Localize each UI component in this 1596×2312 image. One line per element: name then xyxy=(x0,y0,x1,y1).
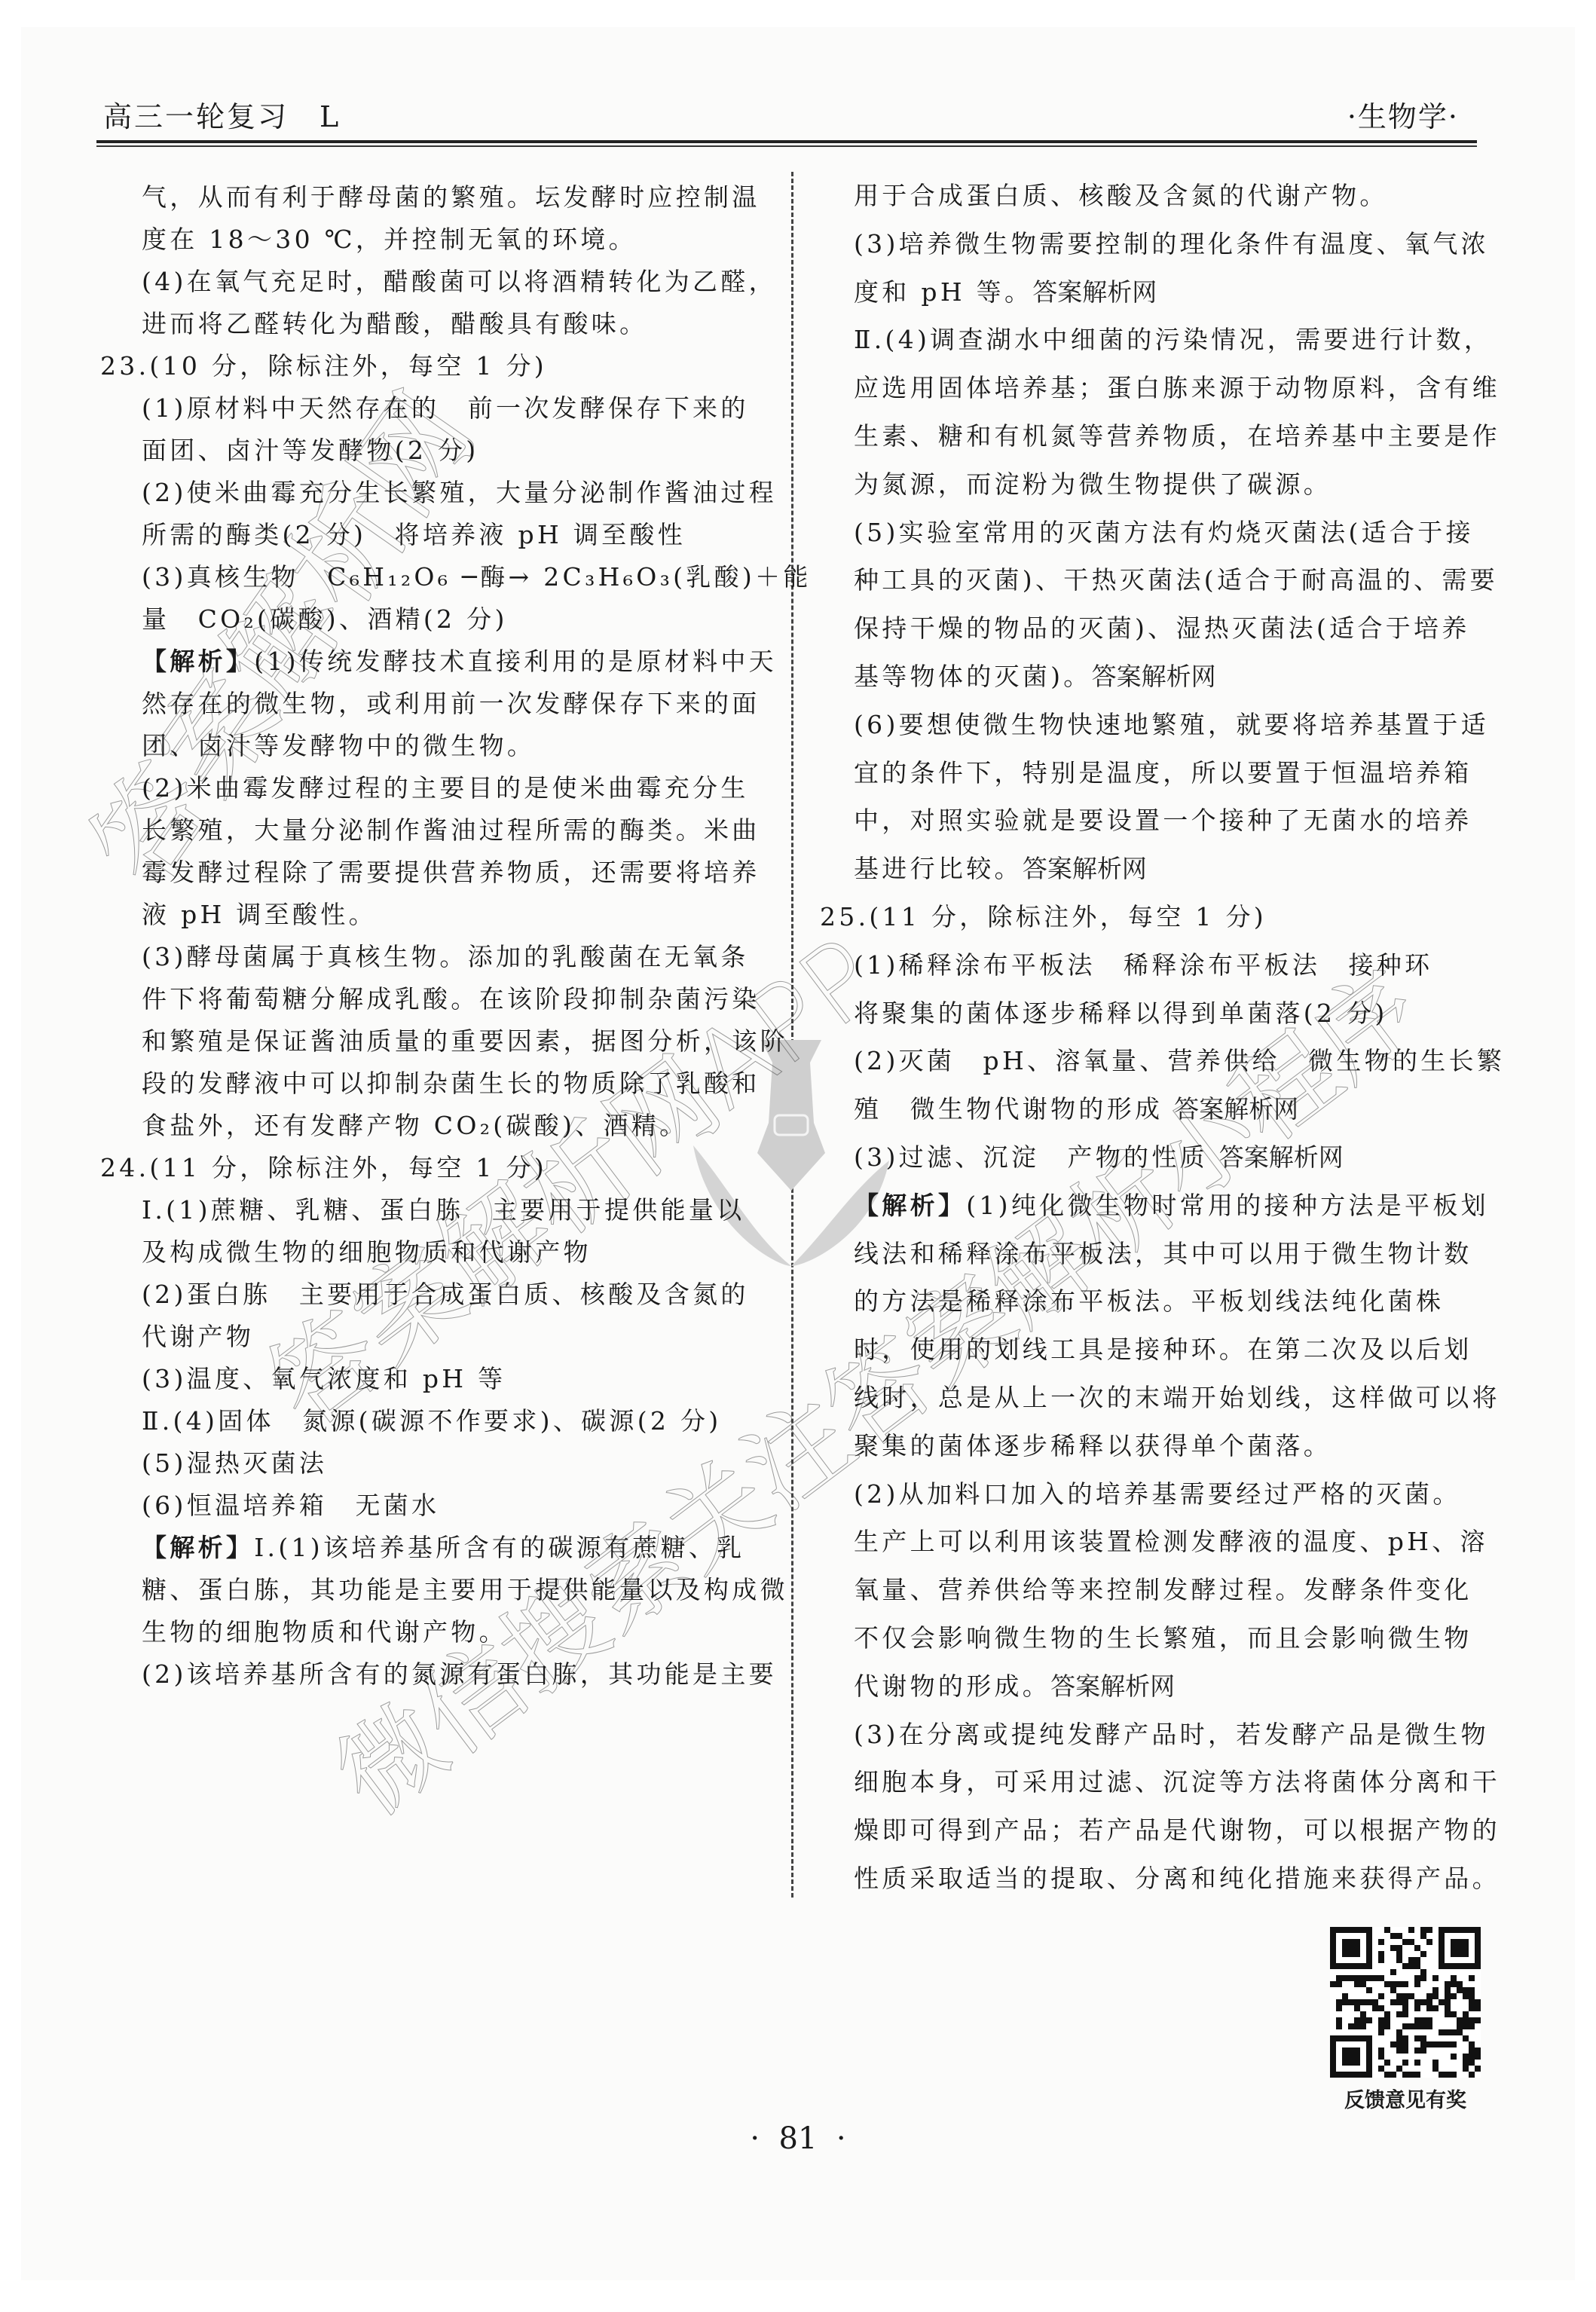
text-line: 气，从而有利于酵母菌的繁殖。坛发酵时应控制温 xyxy=(100,176,812,219)
text-line: (2)米曲霉发酵过程的主要目的是使米曲霉充分生 xyxy=(100,767,812,809)
text-line: 线法和稀释涂布平板法，其中可以用于微生物计数 xyxy=(820,1230,1505,1278)
text-line: 度在 18～30 ℃，并控制无氧的环境。 xyxy=(100,219,812,261)
text-line: 量 CO₂(碳酸)、酒精(2 分) xyxy=(100,598,812,641)
text-line: 中，对照实验就是要设置一个接种了无菌水的培养 xyxy=(820,797,1505,845)
text-line: 保持干燥的物品的灭菌)、湿热灭菌法(适合于培养 xyxy=(820,604,1505,653)
text-line: 及构成微生物的细胞物质和代谢产物 xyxy=(100,1231,812,1274)
text-line: (3)在分离或提纯发酵产品时，若发酵产品是微生物 xyxy=(820,1711,1505,1759)
header-rule-thick xyxy=(96,140,1477,143)
text-line: (6)恒温培养箱 无菌水 xyxy=(100,1485,812,1527)
text-line: (6)要想使微生物快速地繁殖，就要将培养基置于适 xyxy=(820,701,1505,749)
text-line: 食盐外，还有发酵产物 CO₂(碳酸)、酒精。 xyxy=(100,1105,812,1147)
text-line: 度和 pH 等。答案解析网 xyxy=(820,268,1505,317)
question-heading: 24.(11 分，除标注外，每空 1 分) xyxy=(100,1147,812,1189)
text-line: (1)原材料中天然存在的 前一次发酵保存下来的 xyxy=(100,387,812,430)
inline-watermark: 答案解析网 xyxy=(1174,1094,1298,1124)
text-line: 长繁殖，大量分泌制作酱油过程所需的酶类。米曲 xyxy=(100,809,812,852)
text-line: 不仅会影响微生物的生长繁殖，而且会影响微生物 xyxy=(820,1614,1505,1662)
text-line: 宜的条件下，特别是温度，所以要置于恒温培养箱 xyxy=(820,749,1505,797)
text-line: 线时，总是从上一次的末端开始划线，这样做可以将 xyxy=(820,1374,1505,1422)
text-line: 进而将乙醛转化为醋酸，醋酸具有酸味。 xyxy=(100,303,812,345)
text-line: 性质采取适当的提取、分离和纯化措施来获得产品。 xyxy=(820,1855,1505,1903)
text-line: 氧量、营养供给等来控制发酵过程。发酵条件变化 xyxy=(820,1566,1505,1614)
text-line: 团、卤汁等发酵物中的微生物。 xyxy=(100,725,812,767)
text-line: 为氮源，而淀粉为微生物提供了碳源。 xyxy=(820,460,1505,509)
text-line: Ⅱ.(4)调查湖水中细菌的污染情况，需要进行计数， xyxy=(820,316,1505,364)
inline-watermark: 答案解析网 xyxy=(1219,1142,1344,1172)
text-line: 代谢产物 xyxy=(100,1316,812,1358)
text-line: 段的发酵液中可以抑制杂菌生长的物质除了乳酸和 xyxy=(100,1063,812,1105)
inline-watermark: 答案解析网 xyxy=(1092,662,1216,691)
inline-watermark: 答案解析网 xyxy=(1032,277,1157,307)
text-line: 件下将葡萄糖分解成乳酸。在该阶段抑制杂菌污染 xyxy=(100,978,812,1020)
analysis-tag: 【解析】 xyxy=(142,1533,254,1562)
text-line: (4)在氧气充足时，醋酸菌可以将酒精转化为乙醛， xyxy=(100,261,812,303)
text-line: (5)湿热灭菌法 xyxy=(100,1442,812,1485)
text-line: 燥即可得到产品；若产品是代谢物，可以根据产物的 xyxy=(820,1806,1505,1855)
subject-label: ·生物学· xyxy=(1347,93,1459,135)
text-line: 基等物体的灭菌)。答案解析网 xyxy=(820,653,1505,701)
text-line: 细胞本身，可采用过滤、沉淀等方法将菌体分离和干 xyxy=(820,1758,1505,1806)
text-line: (2)蛋白胨 主要用于合成蛋白质、核酸及含氮的 xyxy=(100,1274,812,1316)
text-line: 的方法是稀释涂布平板法。平板划线法纯化菌株 xyxy=(820,1277,1505,1326)
text-line: 所需的酶类(2 分) 将培养液 pH 调至酸性 xyxy=(100,514,812,556)
text-line: 【解析】(1)纯化微生物时常用的接种方法是平板划 xyxy=(820,1182,1505,1230)
text-line: 生物的细胞物质和代谢产物。 xyxy=(100,1611,812,1653)
text-line: 和繁殖是保证酱油质量的重要因素，据图分析，该阶 xyxy=(100,1020,812,1063)
text-line: (2)从加料口加入的培养基需要经过严格的灭菌。 xyxy=(820,1470,1505,1518)
text-line: Ⅱ.(4)固体 氮源(碳源不作要求)、碳源(2 分) xyxy=(100,1400,812,1442)
text-line: 种工具的灭菌)、干热灭菌法(适合于耐高温的、需要 xyxy=(820,556,1505,604)
text-line: 聚集的菌体逐步稀释以获得单个菌落。 xyxy=(820,1422,1505,1470)
analysis-tag: 【解析】 xyxy=(854,1191,966,1220)
text-line: 用于合成蛋白质、核酸及含氮的代谢产物。 xyxy=(820,172,1505,220)
text-line: (2)灭菌 pH、溶氧量、营养供给 微生物的生长繁 xyxy=(820,1037,1505,1085)
text-line: (3)培养微生物需要控制的理化条件有温度、氧气浓 xyxy=(820,220,1505,268)
header-rule-thin xyxy=(96,145,1477,147)
text-line: 生产上可以利用该装置检测发酵液的温度、pH、溶 xyxy=(820,1518,1505,1566)
feedback-reward-label: 反馈意见有奖 xyxy=(1317,2084,1494,2113)
text-line: 生素、糖和有机氮等营养物质，在培养基中主要是作 xyxy=(820,412,1505,460)
text-line: 【解析】(1)传统发酵技术直接利用的是原材料中天 xyxy=(100,641,812,683)
text-line: 液 pH 调至酸性。 xyxy=(100,894,812,936)
analysis-tag: 【解析】 xyxy=(142,647,254,676)
text-line: Ⅰ.(1)蔗糖、乳糖、蛋白胨 主要用于提供能量以 xyxy=(100,1189,812,1231)
inline-watermark: 答案解析网 xyxy=(1050,1671,1175,1701)
text-line: 面团、卤汁等发酵物(2 分) xyxy=(100,430,812,472)
text-line: 代谢物的形成。答案解析网 xyxy=(820,1662,1505,1711)
text-line: 然存在的微生物，或利用前一次发酵保存下来的面 xyxy=(100,683,812,725)
text-line: (3)酵母菌属于真核生物。添加的乳酸菌在无氧条 xyxy=(100,936,812,978)
text-line: (3)过滤、沉淀 产物的性质 答案解析网 xyxy=(820,1133,1505,1182)
text-line: (3)真核生物 C₆H₁₂O₆ ─酶→ 2C₃H₆O₃(乳酸)＋能 xyxy=(100,556,812,598)
text-line: (3)温度、氧气浓度和 pH 等 xyxy=(100,1358,812,1400)
text-line: 殖 微生物代谢物的形成 答案解析网 xyxy=(820,1085,1505,1133)
text-line: 基进行比较。答案解析网 xyxy=(820,845,1505,893)
text-line: (2)使米曲霉充分生长繁殖，大量分泌制作酱油过程 xyxy=(100,472,812,514)
question-heading: 25.(11 分，除标注外，每空 1 分) xyxy=(820,893,1505,941)
qr-code-icon[interactable] xyxy=(1330,1927,1481,2078)
right-column: 用于合成蛋白质、核酸及含氮的代谢产物。(3)培养微生物需要控制的理化条件有温度、… xyxy=(820,172,1505,1903)
question-heading: 23.(10 分，除标注外，每空 1 分) xyxy=(100,345,812,387)
text-line: (5)实验室常用的灭菌方法有灼烧灭菌法(适合于接 xyxy=(820,509,1505,557)
book-title: 高三一轮复习 L xyxy=(103,93,341,135)
page-number: · 81 · xyxy=(0,2121,1596,2156)
inline-watermark: 答案解析网 xyxy=(1023,854,1147,883)
text-line: 【解析】Ⅰ.(1)该培养基所含有的碳源有蔗糖、乳 xyxy=(100,1527,812,1569)
text-line: 糖、蛋白胨，其功能是主要用于提供能量以及构成微 xyxy=(100,1569,812,1611)
text-line: 应选用固体培养基；蛋白胨来源于动物原料，含有维 xyxy=(820,364,1505,412)
text-line: 时，使用的划线工具是接种环。在第二次及以后划 xyxy=(820,1326,1505,1374)
left-column: 气，从而有利于酵母菌的繁殖。坛发酵时应控制温度在 18～30 ℃，并控制无氧的环… xyxy=(100,176,812,1696)
text-line: 将聚集的菌体逐步稀释以得到单菌落(2 分) xyxy=(820,989,1505,1038)
text-line: (2)该培养基所含有的氮源有蛋白胨，其功能是主要 xyxy=(100,1653,812,1696)
text-line: (1)稀释涂布平板法 稀释涂布平板法 接种环 xyxy=(820,941,1505,989)
text-line: 霉发酵过程除了需要提供营养物质，还需要将培养 xyxy=(100,852,812,894)
